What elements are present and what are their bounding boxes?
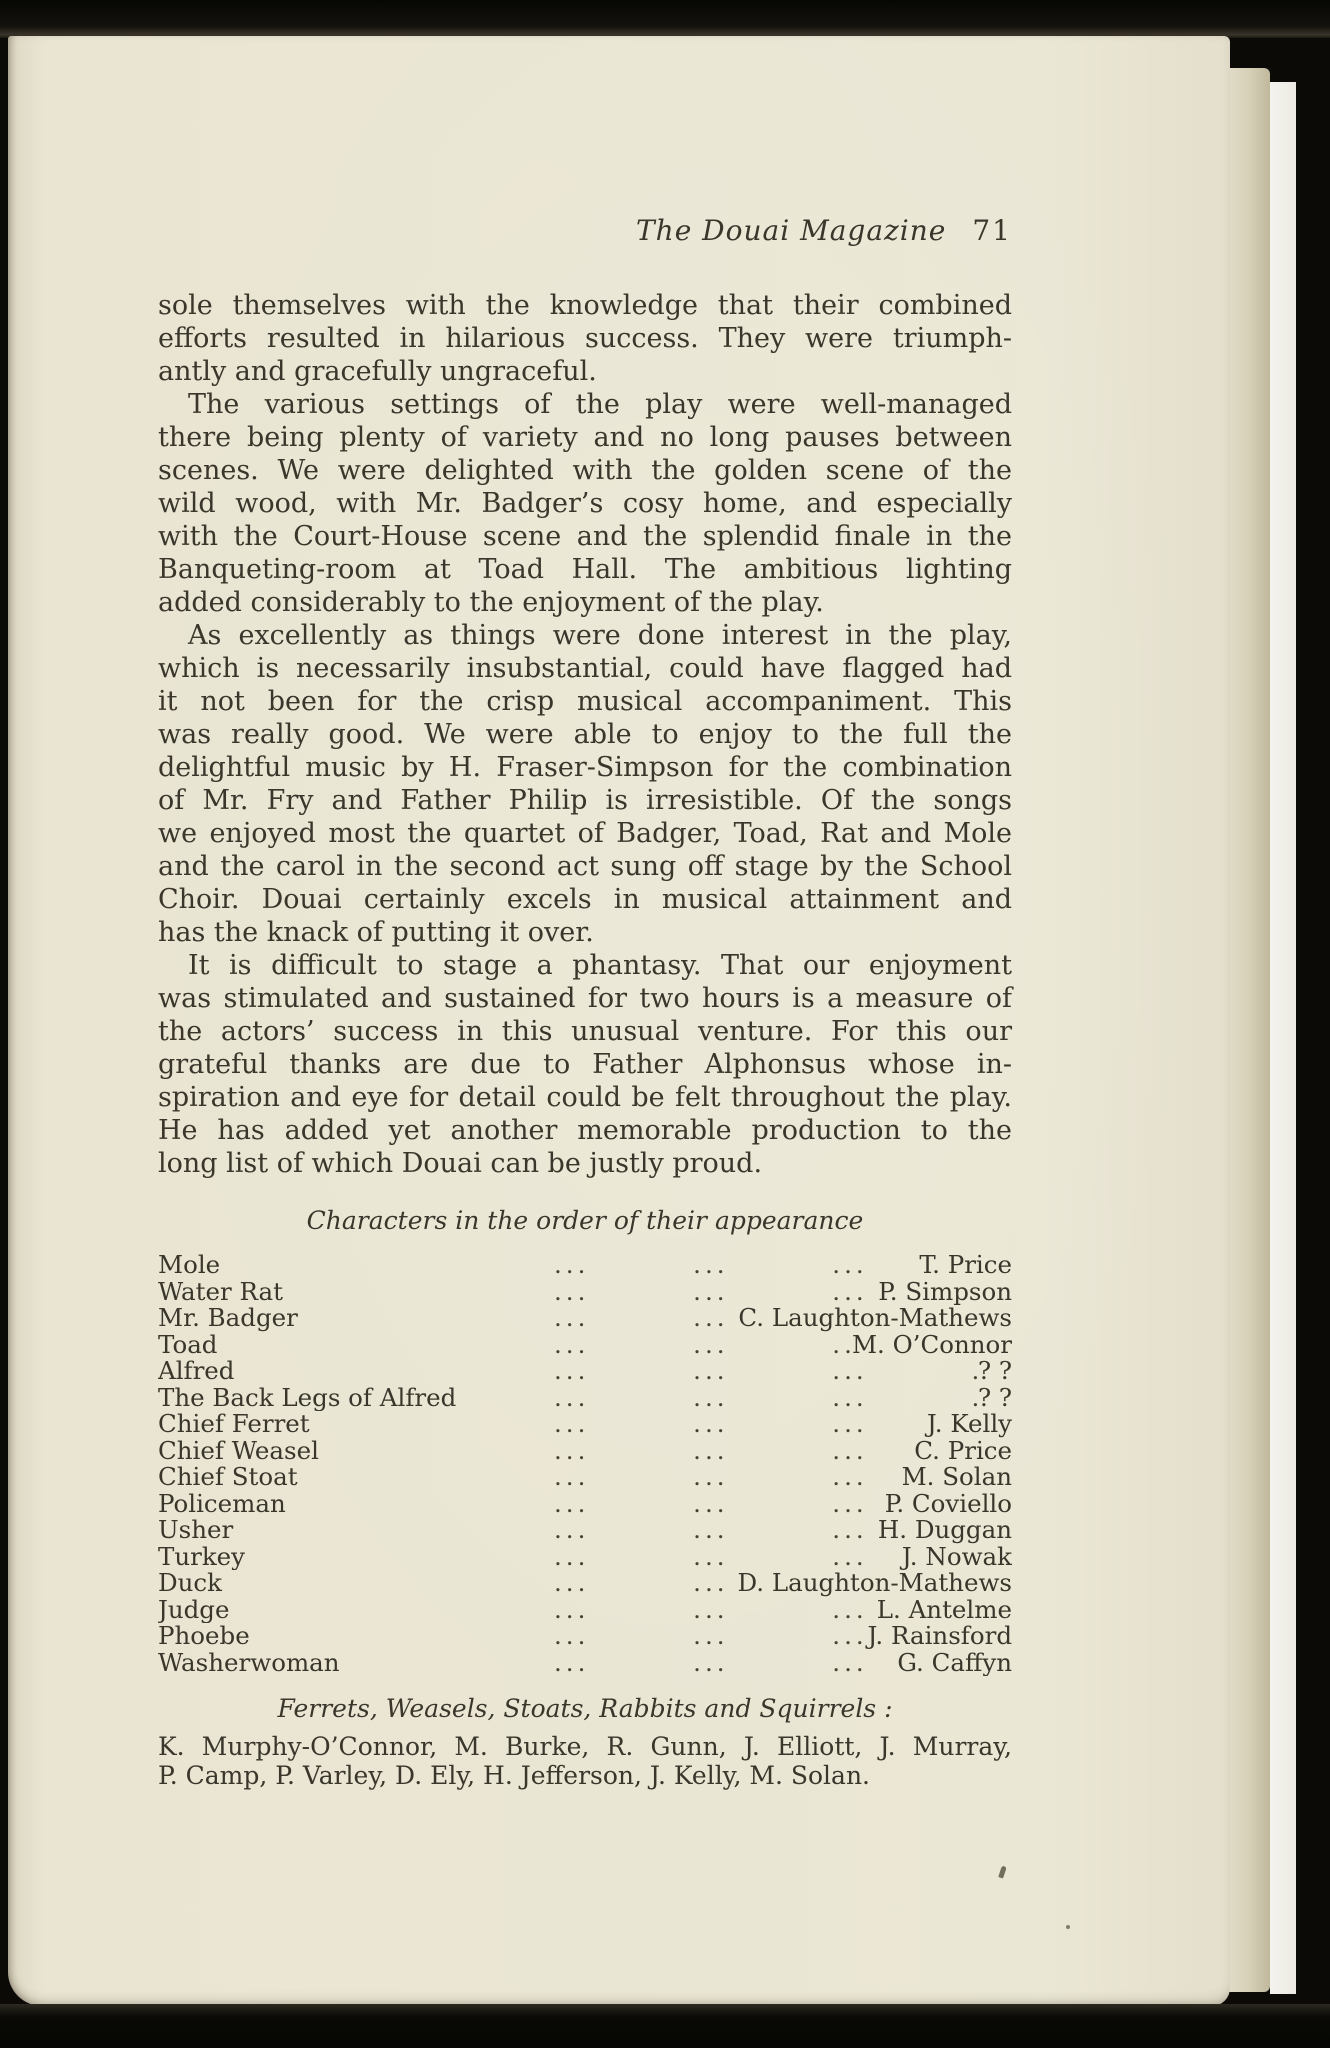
cast-row: Toad... ... ... ... ... ... ... ... ... … <box>158 1332 1012 1359</box>
text-line: the actors’ success in this unusual vent… <box>158 1015 1012 1048</box>
white-page-edge <box>1270 82 1296 1994</box>
text-line: delightful music by H. Fraser-Simpson fo… <box>158 751 1012 784</box>
text-line: Banqueting-room at Toad Hall. The ambiti… <box>158 553 1012 586</box>
actor-name: ? ? <box>978 1385 1012 1412</box>
leader-dots: ... ... ... ... ... ... ... ... ... ... … <box>550 1464 902 1491</box>
text-line: wild wood, with Mr. Badger’s cosy home, … <box>158 487 1012 520</box>
character-name: Mole <box>158 1252 550 1279</box>
text-line: it not been for the crisp musical accomp… <box>158 685 1012 718</box>
text-line: As excellently as things were done inter… <box>158 619 1012 652</box>
text-line: The various settings of the play were we… <box>158 388 1012 421</box>
text-line: has the knack of putting it over. <box>158 916 1012 949</box>
cast-row: Mr. Badger... ... ... ... ... ... ... ..… <box>158 1305 1012 1332</box>
leader-dots: ... ... ... ... ... ... ... ... ... ... … <box>550 1358 978 1385</box>
cast-row: Policeman... ... ... ... ... ... ... ...… <box>158 1491 1012 1518</box>
character-name: Alfred <box>158 1358 550 1385</box>
paragraph: K. Murphy-O’Connor, M. Burke, R. Gunn, J… <box>158 1732 1012 1790</box>
extras-heading: Ferrets, Weasels, Stoats, Rabbits and Sq… <box>158 1694 1012 1724</box>
character-name: Toad <box>158 1332 550 1359</box>
book-cover-top-edge <box>0 0 1330 38</box>
leader-dots: ... ... ... ... ... ... ... ... ... ... … <box>550 1517 878 1544</box>
actor-name: M. Solan <box>902 1464 1012 1491</box>
book-scan: The Douai Magazine71 sole themselves wit… <box>0 0 1330 2048</box>
under-page-edge <box>1224 68 1270 1992</box>
character-name: Duck <box>158 1570 550 1597</box>
magazine-title: The Douai Magazine <box>636 214 946 247</box>
page-number: 71 <box>972 214 1012 247</box>
leader-dots: ... ... ... ... ... ... ... ... ... ... … <box>550 1385 978 1412</box>
text-line: antly and gracefully ungraceful. <box>158 355 1012 388</box>
character-name: Judge <box>158 1597 550 1624</box>
actor-name: J. Kelly <box>927 1411 1012 1438</box>
character-name: Policeman <box>158 1491 550 1518</box>
character-name: Turkey <box>158 1544 550 1571</box>
extras-names: K. Murphy-O’Connor, M. Burke, R. Gunn, J… <box>158 1732 1012 1790</box>
cast-row: Chief Ferret... ... ... ... ... ... ... … <box>158 1411 1012 1438</box>
page-edge-stack <box>1296 96 1330 1998</box>
text-line: of Mr. Fry and Father Philip is irresist… <box>158 784 1012 817</box>
text-line: we enjoyed most the quartet of Badger, T… <box>158 817 1012 850</box>
character-name: Water Rat <box>158 1279 550 1306</box>
cast-row: Chief Stoat... ... ... ... ... ... ... .… <box>158 1464 1012 1491</box>
actor-name: D. Laughton-Mathews <box>738 1570 1012 1597</box>
paragraph: It is difficult to stage a phantasy. Tha… <box>158 949 1012 1180</box>
cast-row: Phoebe... ... ... ... ... ... ... ... ..… <box>158 1623 1012 1650</box>
paragraph: sole themselves with the knowledge that … <box>158 289 1012 388</box>
leader-dots: ... ... ... ... ... ... ... ... ... ... … <box>550 1570 738 1597</box>
leader-dots: ... ... ... ... ... ... ... ... ... ... … <box>550 1544 902 1571</box>
leader-dots: ... ... ... ... ... ... ... ... ... ... … <box>550 1491 885 1518</box>
paragraph: The various settings of the play were we… <box>158 388 1012 619</box>
leader-dots: ... ... ... ... ... ... ... ... ... ... … <box>550 1332 852 1359</box>
character-name: Phoebe <box>158 1623 550 1650</box>
actor-name: T. Price <box>919 1252 1012 1279</box>
character-name: Chief Stoat <box>158 1464 550 1491</box>
actor-name: J. Rainsford <box>867 1623 1012 1650</box>
actor-name: C. Laughton-Mathews <box>738 1305 1012 1332</box>
character-name: Mr. Badger <box>158 1305 550 1332</box>
cast-row: Chief Weasel... ... ... ... ... ... ... … <box>158 1438 1012 1465</box>
text-line: It is difficult to stage a phantasy. Tha… <box>158 949 1012 982</box>
text-line: Choir. Douai certainly excels in musical… <box>158 883 1012 916</box>
body-paragraphs: sole themselves with the knowledge that … <box>158 289 1012 1180</box>
leader-dots: ... ... ... ... ... ... ... ... ... ... … <box>550 1279 878 1306</box>
cast-row: Duck... ... ... ... ... ... ... ... ... … <box>158 1570 1012 1597</box>
actor-name: L. Antelme <box>877 1597 1012 1624</box>
paragraph: As excellently as things were done inter… <box>158 619 1012 949</box>
text-line: there being plenty of variety and no lon… <box>158 421 1012 454</box>
leader-dots: ... ... ... ... ... ... ... ... ... ... … <box>550 1252 919 1279</box>
text-line: scenes. We were delighted with the golde… <box>158 454 1012 487</box>
book-cover-bottom-edge <box>0 2004 1330 2048</box>
character-name: Washerwoman <box>158 1650 550 1677</box>
leader-dots: ... ... ... ... ... ... ... ... ... ... … <box>550 1623 867 1650</box>
text-line: spiration and eye for detail could be fe… <box>158 1081 1012 1114</box>
running-head: The Douai Magazine71 <box>158 214 1012 247</box>
leader-dots: ... ... ... ... ... ... ... ... ... ... … <box>550 1438 914 1465</box>
text-line: P. Camp, P. Varley, D. Ely, H. Jefferson… <box>158 1761 1012 1790</box>
cast-row: Usher... ... ... ... ... ... ... ... ...… <box>158 1517 1012 1544</box>
cast-row: Mole... ... ... ... ... ... ... ... ... … <box>158 1252 1012 1279</box>
actor-name: J. Nowak <box>902 1544 1012 1571</box>
ink-dot <box>1066 1925 1070 1929</box>
actor-name: P. Simpson <box>878 1279 1012 1306</box>
text-line: added considerably to the enjoyment of t… <box>158 586 1012 619</box>
actor-name: P. Coviello <box>885 1491 1012 1518</box>
cast-row: Washerwoman... ... ... ... ... ... ... .… <box>158 1650 1012 1677</box>
text-line: which is necessarily insubstantial, coul… <box>158 652 1012 685</box>
cast-row: Alfred... ... ... ... ... ... ... ... ..… <box>158 1358 1012 1385</box>
cast-row: Water Rat... ... ... ... ... ... ... ...… <box>158 1279 1012 1306</box>
magazine-page: The Douai Magazine71 sole themselves wit… <box>8 36 1230 2006</box>
character-name: Chief Weasel <box>158 1438 550 1465</box>
character-name: Chief Ferret <box>158 1411 550 1438</box>
leader-dots: ... ... ... ... ... ... ... ... ... ... … <box>550 1650 897 1677</box>
text-line: and the carol in the second act sung off… <box>158 850 1012 883</box>
text-line: grateful thanks are due to Father Alphon… <box>158 1048 1012 1081</box>
leader-dots: ... ... ... ... ... ... ... ... ... ... … <box>550 1305 738 1332</box>
text-line: was really good. We were able to enjoy t… <box>158 718 1012 751</box>
leader-dots: ... ... ... ... ... ... ... ... ... ... … <box>550 1411 927 1438</box>
text-line: long list of which Douai can be justly p… <box>158 1147 1012 1180</box>
leader-dots: ... ... ... ... ... ... ... ... ... ... … <box>550 1597 877 1624</box>
actor-name: G. Caffyn <box>897 1650 1012 1677</box>
character-name: Usher <box>158 1517 550 1544</box>
actor-name: M. O’Connor <box>852 1332 1012 1359</box>
text-line: He has added yet another memorable produ… <box>158 1114 1012 1147</box>
actor-name: ? ? <box>978 1358 1012 1385</box>
text-line: K. Murphy-O’Connor, M. Burke, R. Gunn, J… <box>158 1732 1012 1761</box>
cast-row: Judge... ... ... ... ... ... ... ... ...… <box>158 1597 1012 1624</box>
text-line: with the Court-House scene and the splen… <box>158 520 1012 553</box>
text-line: was stimulated and sustained for two hou… <box>158 982 1012 1015</box>
cast-heading: Characters in the order of their appeara… <box>158 1206 1012 1236</box>
cast-row: Turkey... ... ... ... ... ... ... ... ..… <box>158 1544 1012 1571</box>
actor-name: C. Price <box>914 1438 1012 1465</box>
text-line: sole themselves with the knowledge that … <box>158 289 1012 322</box>
cast-row: The Back Legs of Alfred... ... ... ... .… <box>158 1385 1012 1412</box>
character-name: The Back Legs of Alfred <box>158 1385 550 1412</box>
actor-name: H. Duggan <box>878 1517 1012 1544</box>
text-line: efforts resulted in hilarious success. T… <box>158 322 1012 355</box>
cast-list: Mole... ... ... ... ... ... ... ... ... … <box>158 1252 1012 1676</box>
